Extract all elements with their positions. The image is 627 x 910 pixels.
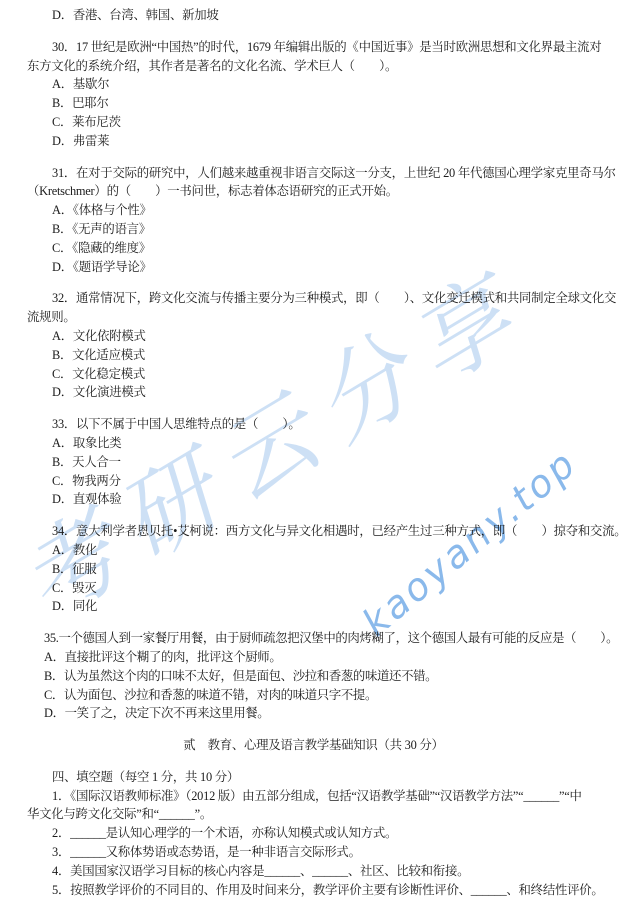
prev-question-option-d: D．香港、台湾、韩国、新加坡 bbox=[27, 6, 600, 25]
question-34-option-a: A．教化 bbox=[27, 541, 600, 560]
question-35-block: 35.一个德国人到一家餐厅用餐，由于厨师疏忽把汉堡中的肉烤糊了，这个德国人最有可… bbox=[27, 629, 600, 723]
fill-item-3: 3．______又称体势语或态势语，是一种非语言交际形式。 bbox=[27, 843, 600, 862]
question-30-option-b: B．巴耶尔 bbox=[27, 94, 600, 113]
question-32-text-line-1: 32．通常情况下，跨文化交流与传播主要分为三种模式，即（ ）、文化变迁模式和共同… bbox=[27, 289, 600, 308]
question-33-text-line-1: 33．以下不属于中国人思维特点的是（ ）。 bbox=[27, 415, 600, 434]
question-30-text-line-2: 东方文化的系统介绍，其作者是著名的文化名流、学术巨人（ ）。 bbox=[27, 57, 600, 76]
question-35-option-d: D．一笑了之，决定下次不再来这里用餐。 bbox=[27, 704, 600, 723]
question-31-option-d: D．《题语学导论》 bbox=[27, 258, 600, 277]
question-33-option-c: C．物我两分 bbox=[27, 472, 600, 491]
question-30-option-c: C．莱布尼茨 bbox=[27, 113, 600, 132]
question-32-option-a: A．文化依附模式 bbox=[27, 327, 600, 346]
question-32-option-b: B．文化适应模式 bbox=[27, 346, 600, 365]
question-31-text-line-2: （Kretschmer）的（ ）一书问世，标志着体态语研究的正式开始。 bbox=[27, 182, 600, 201]
question-33-option-b: B．天人合一 bbox=[27, 453, 600, 472]
section-2-header: 贰 教育、心理及语言教学基础知识（共 30 分） bbox=[27, 736, 600, 755]
question-34-option-c: C．毁灭 bbox=[27, 579, 600, 598]
question-32-text-line-2: 流规则。 bbox=[27, 308, 600, 327]
question-34-option-d: D．同化 bbox=[27, 597, 600, 616]
question-32-option-c: C．文化稳定模式 bbox=[27, 365, 600, 384]
question-30-option-a: A．基歇尔 bbox=[27, 75, 600, 94]
question-32-option-d: D．文化演进模式 bbox=[27, 383, 600, 402]
question-35-option-b: B．认为虽然这个肉的口味不太好，但是面包、沙拉和香葱的味道还不错。 bbox=[27, 667, 600, 686]
question-34-text-line-1: 34．意大利学者恩贝托•艾柯说：西方文化与异文化相遇时，已经产生过三种方式，即（… bbox=[27, 522, 600, 541]
question-35-option-c: C．认为面包、沙拉和香葱的味道不错，对肉的味道只字不提。 bbox=[27, 686, 600, 705]
question-31-option-b: B．《无声的语言》 bbox=[27, 220, 600, 239]
question-35-text-line-1: 35.一个德国人到一家餐厅用餐，由于厨师疏忽把汉堡中的肉烤糊了，这个德国人最有可… bbox=[27, 629, 600, 648]
question-30-text-line-1: 30．17 世纪是欧洲“中国热”的时代，1679 年编辑出版的《中国近事》是当时… bbox=[27, 38, 600, 57]
exam-document-page: 考研云分享 kaoyany.top D．香港、台湾、韩国、新加坡 30．17 世… bbox=[0, 0, 627, 910]
question-34-option-b: B．征服 bbox=[27, 560, 600, 579]
question-31-option-c: C．《隐藏的维度》 bbox=[27, 239, 600, 258]
fill-item-4: 4．美国国家汉语学习目标的核心内容是______、______、社区、比较和衔接… bbox=[27, 862, 600, 881]
fill-item-1-line-2: 华文化与跨文化交际”和“______”。 bbox=[27, 805, 600, 824]
fill-item-1-line-1: 1．《国际汉语教师标准》（2012 版）由五部分组成，包括“汉语教学基础”“汉语… bbox=[27, 787, 600, 806]
question-31-option-a: A．《体格与个性》 bbox=[27, 201, 600, 220]
document-content: D．香港、台湾、韩国、新加坡 30．17 世纪是欧洲“中国热”的时代，1679 … bbox=[27, 6, 600, 899]
question-30-option-d: D．弗雷莱 bbox=[27, 132, 600, 151]
question-33-option-a: A．取象比类 bbox=[27, 434, 600, 453]
question-33-option-d: D．直观体验 bbox=[27, 490, 600, 509]
question-31-text-line-1: 31．在对于交际的研究中，人们越来越重视非语言交际这一分支，上世纪 20 年代德… bbox=[27, 164, 600, 183]
fill-item-2: 2．______是认知心理学的一个术语，亦称认知模式或认知方式。 bbox=[27, 824, 600, 843]
question-35-option-a: A．直接批评这个糊了的肉，批评这个厨师。 bbox=[27, 648, 600, 667]
fill-in-section-subheader: 四、填空题（每空 1 分，共 10 分） bbox=[27, 768, 600, 787]
fill-item-5: 5．按照教学评价的不同目的、作用及时间来分，教学评价主要有诊断性评价、_____… bbox=[27, 881, 600, 900]
